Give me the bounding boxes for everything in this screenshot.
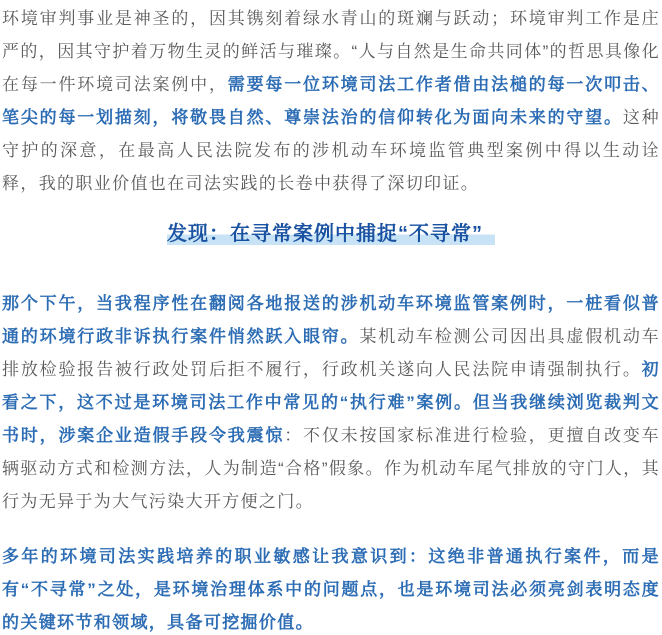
section-heading: 发现：在寻常案例中捕捉“不寻常” xyxy=(2,214,660,254)
paragraph-3: 多年的环境司法实践培养的职业敏感让我意识到：这绝非普通执行案件，而是有“不寻常”… xyxy=(2,540,660,635)
text-run-emphasis: 多年的环境司法实践培养的职业敏感让我意识到：这绝非普通执行案件，而是有“不寻常”… xyxy=(2,547,660,632)
paragraph-1: 环境审判事业是神圣的，因其镌刻着绿水青山的斑斓与跃动；环境审判工作是庄严的，因其… xyxy=(2,2,660,200)
article-body: 环境审判事业是神圣的，因其镌刻着绿水青山的斑斓与跃动；环境审判工作是庄严的，因其… xyxy=(0,0,662,635)
section-heading-text: 发现：在寻常案例中捕捉“不寻常” xyxy=(167,223,495,245)
paragraph-2: 那个下午，当我程序性在翻阅各地报送的涉机动车环境监管案例时，一桩看似普通的环境行… xyxy=(2,287,660,518)
